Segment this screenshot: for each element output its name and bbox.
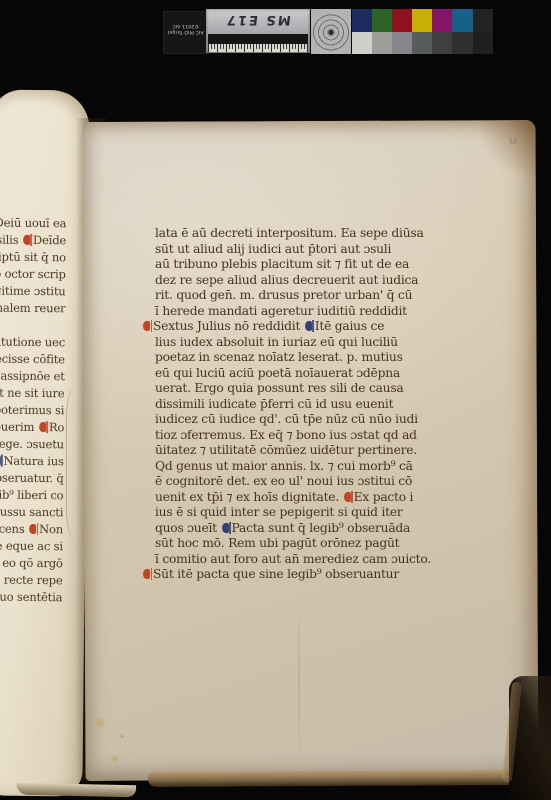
text-segment: dez re sepe aliud alius decreuerit aut i… — [155, 273, 418, 287]
text-segment: rit. quod gen̄. m. drusus pretor urban' … — [155, 288, 412, 302]
text-segment: Deīde — [33, 233, 66, 247]
text-segment: si iussu sancti — [0, 504, 63, 519]
verso-text-line: eius recte repe — [0, 572, 73, 590]
text-segment: rdinalem reuer — [0, 300, 65, 315]
focus-target-icon — [311, 9, 351, 54]
text-segment: poetaz in scenaz noīatz leserat. p. muti… — [155, 350, 403, 364]
verso-text-line: us legitime ɔstitu — [0, 283, 76, 301]
folio-number: 12 — [509, 137, 518, 145]
verso-text-line: atter. p̄ octor scrip — [0, 266, 76, 284]
verso-text-fragment: ulla assipnōe et — [0, 368, 65, 383]
text-line: uerat. Ergo quia possunt res sili de cau… — [155, 381, 470, 397]
text-line: dez re sepe aliud alius decreuerit aut i… — [155, 273, 470, 289]
text-segment: Itē gaius ce — [315, 319, 384, 333]
capitulum-mark-blue — [222, 523, 229, 533]
text-segment: cū obseruatur. q̄ — [0, 470, 64, 485]
text-line: sūt hoc mō. Rem ubi pagūt orōnez pagūt — [155, 536, 470, 552]
verso-text-line: t. Deiū uouī ea — [0, 215, 76, 233]
verso-text-fragment: cognouerim Ro — [0, 419, 64, 434]
gray-patch — [392, 32, 412, 55]
verso-text-line — [0, 317, 75, 335]
verso-stack-edge — [16, 783, 136, 798]
verso-text-fragment: nuerit ne sit iure — [0, 385, 65, 400]
text-segment: quos ɔueīt — [155, 521, 221, 535]
text-segment: Pacta sunt q̄ legib⁹ obseruāda — [232, 521, 411, 535]
calibration-bar: AIC PhD Target ©2011 AIC MS E17 — [150, 7, 495, 54]
text-line: rit. quod gen̄. m. drusus pretor urban' … — [155, 288, 470, 304]
verso-text-line: l scriptū sit q̄ no — [0, 249, 76, 267]
text-line: Qd genus ut maior annis. lx. ⁊ cui morb⁹… — [155, 459, 470, 475]
verso-text-fragment: etō Natura ius — [0, 453, 64, 468]
text-segment: dissimili iudicate p̄ferri cū id usu eue… — [155, 397, 393, 411]
corner-stain — [466, 120, 536, 178]
text-segment: lege eque ac si — [0, 538, 63, 553]
verso-text-fragment: eius recte repe — [0, 572, 63, 587]
text-segment: Sextus Julius nō reddidit — [153, 319, 304, 333]
text-segment: ūitatez ⁊ utilitatē cōmūez uidētur perti… — [155, 443, 417, 457]
text-segment: eius recte repe — [0, 572, 63, 587]
text-line: poetaz in scenaz noīatz leserat. p. muti… — [155, 350, 470, 366]
text-segment: uenit ex tp̄i ⁊ ex hoīs dignitate. — [155, 490, 343, 504]
focus-target-rings — [311, 9, 351, 54]
text-segment: Sūt itē pacta que sine legib⁹ obseruantu… — [153, 567, 399, 581]
verso-text-fragment: cū obseruatur. q̄ — [0, 470, 64, 485]
text-segment: sūt ut aliud alij iudici aut p̄tori aut … — [155, 242, 391, 256]
manuscript-photograph: AIC PhD Target ©2011 AIC MS E17 t. Deiū … — [0, 0, 551, 800]
leather-board — [509, 676, 551, 800]
text-segment: Non — [39, 522, 63, 536]
text-segment: uerat. Ergo quia possunt res sili de cau… — [155, 381, 404, 395]
text-segment: entib⁹ liberi co — [0, 487, 64, 502]
verso-text-fragment: f ouisilis Deīde — [0, 232, 66, 247]
verso-text-fragment: lege eque ac si — [0, 538, 63, 553]
verso-text-line: ī nocens Non — [0, 521, 73, 539]
page-stain — [119, 734, 125, 739]
verso-text-fragment: t. Deiū uouī ea — [0, 215, 66, 230]
verso-text-line: e quo sentētia — [0, 589, 72, 607]
ruler-ticks — [208, 44, 308, 52]
text-line: ī herede mandati ageretur iuditiū reddid… — [155, 304, 470, 320]
aic-target-label: AIC PhD Target ©2011 AIC — [163, 11, 208, 54]
color-patch — [412, 9, 432, 32]
verso-text-fragment: atter. p̄ octor scrip — [0, 266, 66, 281]
text-segment: Qd genus ut maior annis. lx. ⁊ cui morb⁹… — [155, 459, 413, 473]
verso-text-line: f ouisilis Deīde — [0, 232, 76, 250]
text-line: aū tribuno plebis placitum sit ⁊ fit ut … — [155, 257, 470, 273]
text-segment: iudicez cū iudice qd'. cū tp̄e nūz cū nū… — [155, 412, 418, 426]
verso-text-line: lege eque ac si — [0, 538, 73, 556]
page-stain — [93, 717, 107, 729]
verso-text-line: nuerit ne sit iure — [0, 385, 75, 403]
text-line: lius iudex absoluit in iuriaz eū qui luc… — [155, 335, 470, 351]
text-segment: tioz ɔferremus. Ex eq̄ ⁊ bono ius ɔstat … — [155, 428, 417, 442]
color-patch-strip — [352, 9, 493, 54]
verso-text-fragment: l scriptū sit q̄ no — [0, 249, 66, 264]
text-segment: lata ē aū decreti interpositum. Ea sepe … — [155, 226, 424, 240]
text-segment: Ex pacto i — [354, 490, 414, 504]
capitulum-mark-blue — [305, 321, 312, 331]
verso-text-fragment: ā nos fecisse cōfite — [0, 351, 65, 366]
text-line: Sextus Julius nō reddidit Itē gaius ce — [155, 319, 470, 335]
text-segment: ī comitio aut foro aut an̄ merediez cam … — [155, 552, 431, 566]
text-segment: us legitime ɔstitu — [0, 283, 66, 298]
color-patch — [452, 9, 472, 32]
verso-text-line: re poterimus si — [0, 402, 74, 420]
text-segment: ē cognitorē det. ex eo ul' noui ius ɔsti… — [155, 474, 412, 488]
verso-text-line: cū obseruatur. q̄ — [0, 470, 74, 488]
text-line: uenit ex tp̄i ⁊ ex hoīs dignitate. Ex pa… — [155, 490, 470, 506]
gray-patch — [452, 32, 472, 55]
verso-text-fragment: re poterimus si — [0, 402, 64, 417]
text-line: quos ɔueīt Pacta sunt q̄ legib⁹ obseruād… — [155, 521, 470, 537]
verso-text-fragment: ī nocens Non — [0, 521, 63, 536]
verso-text-line: cognouerim Ro — [0, 419, 74, 437]
verso-text-line: entib⁹ liberi co — [0, 487, 74, 505]
text-line: ius ē si quid inter se pepigerit si quid… — [155, 505, 470, 521]
text-segment: constitutione uec — [0, 334, 65, 349]
gray-patch — [473, 32, 493, 55]
gray-patch — [412, 32, 432, 55]
text-segment: ī nocens — [0, 521, 28, 536]
text-segment: f ouisilis — [0, 232, 22, 247]
verso-text-fragment: constitutione uec — [0, 334, 65, 349]
text-segment: ī herede mandati ageretur iuditiū reddid… — [155, 304, 407, 318]
verso-text-fragment: si iussu sancti — [0, 504, 63, 519]
text-segment: t. Deiū uouī ea — [0, 215, 66, 230]
capitulum-mark-red — [39, 422, 46, 432]
text-segment: Ro — [49, 420, 64, 434]
text-line: Sūt itē pacta que sine legib⁹ obseruantu… — [155, 567, 470, 583]
text-segment: aū tribuno plebis placitum sit ⁊ fit ut … — [155, 257, 409, 271]
color-patch — [473, 9, 493, 32]
page-stain — [109, 754, 120, 764]
ruler-plate: MS E17 — [206, 9, 310, 53]
text-block: lata ē aū decreti interpositum. Ea sepe … — [155, 226, 470, 583]
text-line: ūitatez ⁊ utilitatē cōmūez uidētur perti… — [155, 443, 470, 459]
verso-text-line: constitutione uec — [0, 334, 75, 352]
text-segment: cognouerim — [0, 419, 38, 434]
text-segment: atter. p̄ octor scrip — [0, 266, 66, 281]
color-patch — [372, 9, 392, 32]
verso-text-line: si iussu sancti — [0, 504, 73, 522]
ruler-checker — [208, 34, 308, 44]
gray-patch — [352, 32, 372, 55]
text-segment: natura. lege. ɔsuetu — [0, 436, 64, 451]
text-segment: lius iudex absoluit in iuriaz eū qui luc… — [155, 335, 398, 349]
page-crease — [298, 591, 301, 776]
page-stack-edge — [148, 770, 526, 787]
color-patch — [352, 9, 372, 32]
verso-text-fragment: e quo sentētia — [0, 589, 62, 604]
text-segment: ulla assipnōe et — [0, 368, 65, 383]
verso-text-fragment: s gen̄ eo qō argō — [0, 555, 63, 570]
text-line: iudicez cū iudice qd'. cū tp̄e nūz cū nū… — [155, 412, 470, 428]
text-segment: s gen̄ eo qō argō — [0, 555, 63, 570]
text-line: ī comitio aut foro aut an̄ merediez cam … — [155, 552, 470, 568]
verso-text-fragment: us legitime ɔstitu — [0, 283, 66, 298]
capitulum-mark-red — [143, 569, 150, 579]
text-line: lata ē aū decreti interpositum. Ea sepe … — [155, 226, 470, 242]
capitulum-mark-red — [344, 492, 351, 502]
capitulum-mark-red — [29, 524, 36, 534]
verso-text-line: s gen̄ eo qō argō — [0, 555, 73, 573]
text-segment: Natura ius — [3, 454, 64, 469]
capitulum-mark-red — [143, 321, 150, 331]
text-segment: e quo sentētia — [0, 589, 62, 604]
text-segment: ius ē si quid inter se pepigerit si quid… — [155, 505, 402, 519]
verso-text-line: natura. lege. ɔsuetu — [0, 436, 74, 454]
verso-text-fragment: natura. lege. ɔsuetu — [0, 436, 64, 451]
verso-text-line: rdinalem reuer — [0, 300, 75, 318]
verso-text-line: ulla assipnōe et — [0, 368, 75, 386]
text-segment: l scriptū sit q̄ no — [0, 249, 66, 264]
color-patch — [392, 9, 412, 32]
verso-text-line: etō Natura ius — [0, 453, 74, 471]
text-segment: re poterimus si — [0, 402, 64, 417]
text-line: dissimili iudicate p̄ferri cū id usu eue… — [155, 397, 470, 413]
text-segment: eū qui luciū aciū poetā noīauerat ɔdēpna — [155, 366, 400, 380]
verso-text-column: t. Deiū uouī eaf ouisilis Deīdel scriptū… — [0, 215, 76, 607]
text-line: eū qui luciū aciū poetā noīauerat ɔdēpna — [155, 366, 470, 382]
text-line: sūt ut aliud alij iudici aut p̄tori aut … — [155, 242, 470, 258]
text-line: tioz ɔferremus. Ex eq̄ ⁊ bono ius ɔstat … — [155, 428, 470, 444]
text-line: ē cognitorē det. ex eo ul' noui ius ɔsti… — [155, 474, 470, 490]
gray-patch — [372, 32, 392, 55]
shelfmark-label: MS E17 — [211, 12, 305, 27]
text-segment: ā nos fecisse cōfite — [0, 351, 65, 366]
verso-text-fragment: rdinalem reuer — [0, 300, 65, 315]
aic-target-label-text: AIC PhD Target ©2011 AIC — [164, 22, 207, 34]
verso-text-line: ā nos fecisse cōfite — [0, 351, 75, 369]
verso-text-fragment: entib⁹ liberi co — [0, 487, 64, 502]
gray-patch — [432, 32, 452, 55]
color-patch — [432, 9, 452, 32]
capitulum-mark-red — [23, 235, 30, 245]
text-segment: sūt hoc mō. Rem ubi pagūt orōnez pagūt — [155, 536, 399, 550]
text-segment: nuerit ne sit iure — [0, 385, 65, 400]
